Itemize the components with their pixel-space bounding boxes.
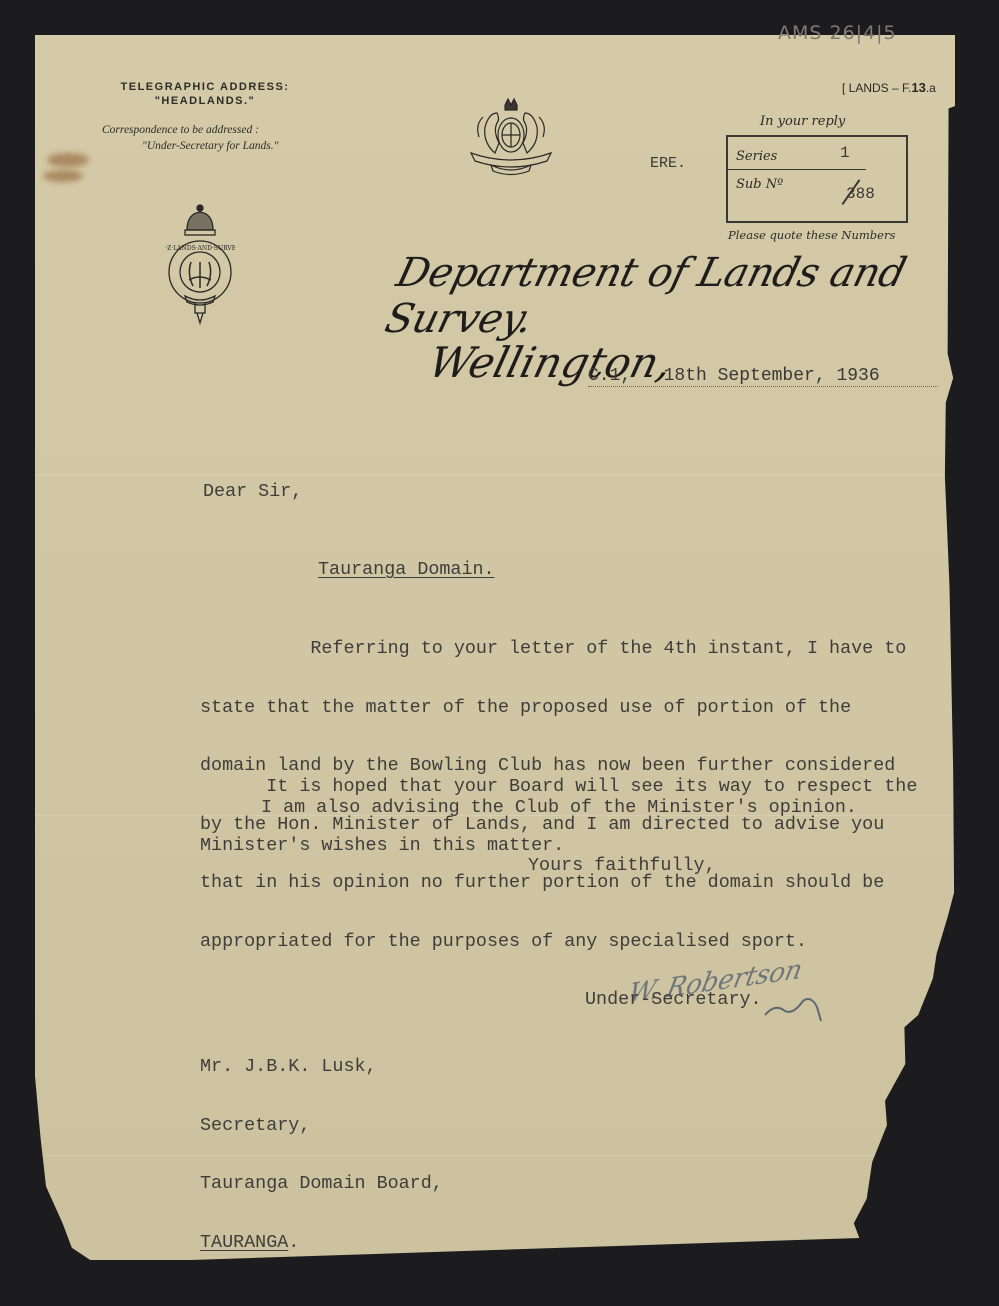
archive-reference: AMS 26|4|5 [778, 22, 897, 44]
series-value: 1 [840, 144, 850, 162]
salutation: Dear Sir, [203, 482, 302, 502]
lands-and-survey-badge-icon: N·Z·LANDS·AND·SURVEY [165, 200, 235, 335]
form-reference: [ LANDS – F.13.a [842, 80, 936, 95]
correspondence-note: Correspondence to be addressed : "Under-… [102, 122, 278, 154]
signatory-title: Under-Secretary. [585, 990, 762, 1010]
sub-number-label: Sub Nº [736, 177, 783, 192]
fold-line [35, 475, 955, 476]
department-name: Department of Lands and Survey. [381, 250, 999, 342]
typist-initials: ERE. [650, 155, 686, 172]
dateline: C.1, 18th September, 1936 [588, 366, 938, 387]
rust-stain [43, 170, 83, 182]
rust-stain [47, 153, 89, 167]
subject-line: Tauranga Domain. [318, 560, 495, 580]
coat-of-arms-icon [455, 95, 567, 177]
sub-number-value: 388 [846, 185, 875, 203]
series-label: Series [736, 149, 777, 164]
reply-reference-box: Series 1 Sub Nº 388 [726, 135, 908, 223]
svg-text:N·Z·LANDS·AND·SURVEY: N·Z·LANDS·AND·SURVEY [165, 245, 235, 252]
quote-numbers-note: Please quote these Numbers [728, 228, 895, 242]
telegraphic-address: TELEGRAPHIC ADDRESS: "HEADLANDS." [100, 80, 310, 108]
paragraph-3: I am also advising the Club of the Minis… [261, 798, 857, 818]
closing: Yours faithfully, [528, 856, 716, 876]
reply-box-heading: In your reply [760, 114, 845, 129]
recipient-address: Mr. J.B.K. Lusk, Secretary, Tauranga Dom… [200, 1018, 443, 1272]
signature-flourish-icon [760, 985, 825, 1025]
fold-line [35, 1155, 955, 1156]
